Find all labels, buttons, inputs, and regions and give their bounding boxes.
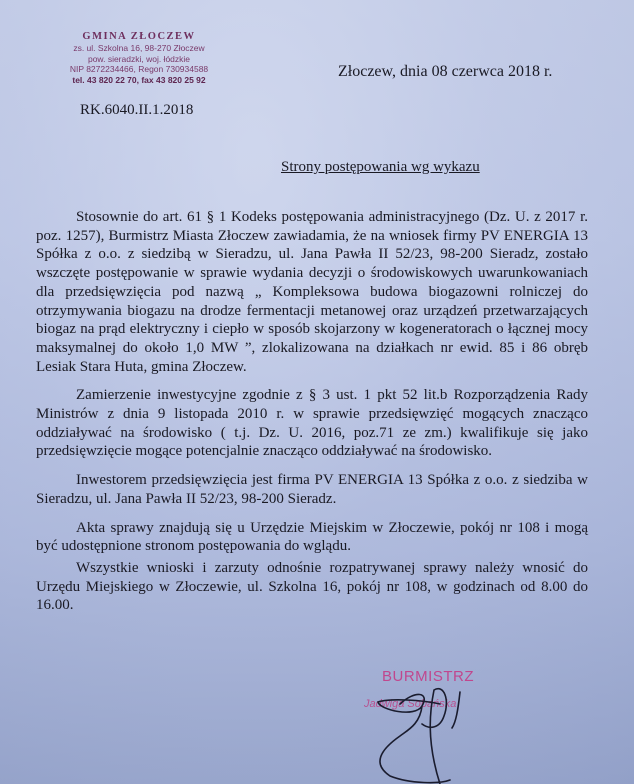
stamp-contact: tel. 43 820 22 70, fax 43 820 25 92 — [44, 75, 234, 86]
letter-page: GMINA ZŁOCZEW zs. ul. Szkolna 16, 98-270… — [0, 0, 634, 784]
date-line: Złoczew, dnia 08 czerwca 2018 r. — [338, 63, 552, 81]
stamp-name: GMINA ZŁOCZEW — [44, 30, 234, 43]
paragraph-classification: Zamierzenie inwestycyjne zgodnie z § 3 u… — [36, 386, 588, 461]
paragraph-files: Akta sprawy znajdują się u Urzędzie Miej… — [36, 519, 588, 556]
stamp-ids: NIP 8272234466, Regon 730934588 — [44, 64, 234, 75]
reference-number: RK.6040.II.1.2018 — [80, 102, 193, 119]
paragraph-submissions: Wszystkie wnioski i zarzuty odnośnie roz… — [36, 559, 588, 615]
handwritten-signature-icon — [360, 680, 510, 784]
letter-body: Stosownie do art. 61 § 1 Kodeks postępow… — [36, 208, 588, 625]
addressee: Strony postępowania wg wykazu — [281, 159, 480, 176]
stamp-district: pow. sieradzki, woj. łódzkie — [44, 54, 234, 65]
municipality-stamp: GMINA ZŁOCZEW zs. ul. Szkolna 16, 98-270… — [44, 30, 234, 85]
stamp-address: zs. ul. Szkolna 16, 98-270 Złoczew — [44, 43, 234, 54]
paragraph-notice: Stosownie do art. 61 § 1 Kodeks postępow… — [36, 208, 588, 376]
paragraph-investor: Inwestorem przedsięwzięcia jest firma PV… — [36, 471, 588, 508]
